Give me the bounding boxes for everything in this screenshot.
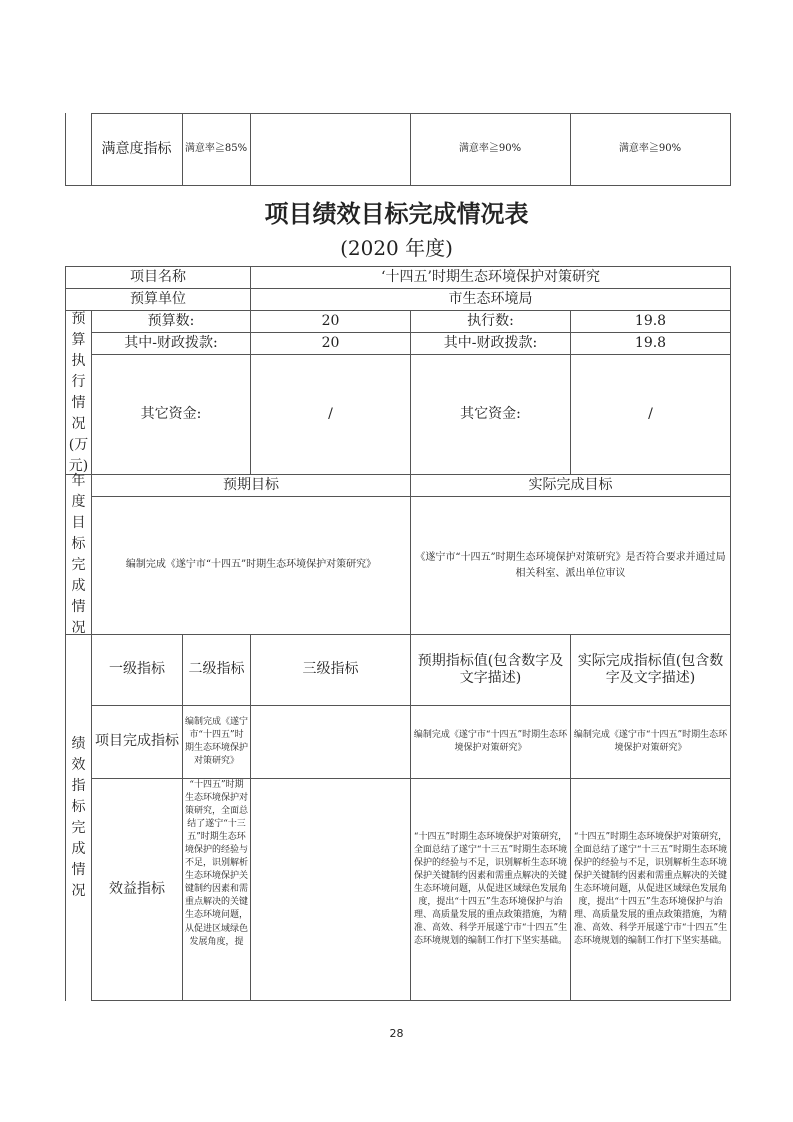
label-char: 成 xyxy=(72,839,86,860)
executed-fiscal-label: 其中-财政拨款: xyxy=(411,333,570,354)
label-char: 标 xyxy=(72,797,86,818)
fiscal-allocation-label: 其中-财政拨款: xyxy=(92,333,250,354)
expected-goal-header: 预期目标 xyxy=(92,475,410,496)
budget-unit-label: 预算单位 xyxy=(66,289,250,310)
executed-amount-label: 执行数: xyxy=(411,311,570,332)
level1-header: 一级指标 xyxy=(92,635,182,705)
level3-header: 三级指标 xyxy=(251,635,410,705)
other-funds-label: 其它资金: xyxy=(92,355,250,474)
expected-goal-value: 编制完成《遂宁市“十四五”时期生态环境保护对策研究》 xyxy=(92,497,410,634)
satisfaction-level3 xyxy=(250,114,410,185)
project-completion-actual: 编制完成《遂宁市“十四五”时期生态环境保护对策研究》 xyxy=(571,706,730,778)
label-char: 绩 xyxy=(72,734,86,755)
page-subtitle: (2020 年度) xyxy=(0,232,793,261)
budget-amount-label: 预算数: xyxy=(92,311,250,332)
project-completion-expected: 编制完成《遂宁市“十四五”时期生态环境保护对策研究》 xyxy=(411,706,570,778)
table-border xyxy=(730,266,731,1001)
label-char: 况 xyxy=(72,881,86,902)
satisfaction-actual: 满意率≧90% xyxy=(570,114,730,185)
expected-value-header: 预期指标值(包含数字及文字描述) xyxy=(411,635,570,705)
executed-other-value: / xyxy=(571,355,730,474)
satisfaction-indicator-label: 满意度指标 xyxy=(91,114,182,185)
label-char: 完 xyxy=(72,555,86,576)
satisfaction-level2: 满意率≧85% xyxy=(182,114,250,185)
label-char: 目 xyxy=(72,513,86,534)
budget-unit-value: 市生态环境局 xyxy=(251,289,730,310)
label-char: 行 xyxy=(72,372,86,393)
label-char: (万 xyxy=(69,435,88,456)
label-char: 情 xyxy=(72,860,86,881)
table-border xyxy=(730,113,731,186)
label-char: 标 xyxy=(72,534,86,555)
label-char: 预 xyxy=(72,309,86,330)
level2-header: 二级指标 xyxy=(183,635,250,705)
label-char: 情 xyxy=(72,597,86,618)
project-name-value: ‘十四五’时期生态环境保护对策研究 xyxy=(251,267,730,288)
budget-amount-value: 20 xyxy=(251,311,410,332)
budget-section-label: 预 算 执 行 情 况 (万 元) xyxy=(66,311,91,474)
table-border xyxy=(65,185,731,186)
other-funds-value: / xyxy=(251,355,410,474)
table-border xyxy=(65,113,66,186)
benefit-level2: “十四五”时期生态环境保护对策研究，全面总结了遂宁“十三五”时期生态环境保护的经… xyxy=(183,779,250,1000)
project-completion-level2: 编制完成《遂宁市“十四五”时期生态环境保护对策研究》 xyxy=(183,706,250,778)
page-number: 28 xyxy=(0,1027,793,1040)
label-char: 况 xyxy=(72,414,86,435)
actual-goal-value: 《遂宁市“十四五”时期生态环境保护对策研究》是否符合要求并通过局相关科室、派出单… xyxy=(411,497,730,634)
executed-fiscal-value: 19.8 xyxy=(571,333,730,354)
label-char: 算 xyxy=(72,330,86,351)
label-char: 执 xyxy=(72,351,86,372)
label-char: 年 xyxy=(72,471,86,492)
project-completion-indicator: 项目完成指标 xyxy=(92,706,182,778)
perf-section-label: 绩 效 指 标 完 成 情 况 xyxy=(66,635,91,1000)
annual-section-label: 年 度 目 标 完 成 情 况 xyxy=(66,475,91,634)
executed-amount-value: 19.8 xyxy=(571,311,730,332)
project-name-label: 项目名称 xyxy=(66,267,250,288)
page-title: 项目绩效目标完成情况表 xyxy=(0,194,793,229)
label-char: 成 xyxy=(72,576,86,597)
table-border xyxy=(91,1000,731,1001)
fiscal-allocation-value: 20 xyxy=(251,333,410,354)
executed-other-label: 其它资金: xyxy=(411,355,570,474)
benefit-level3 xyxy=(251,779,410,1000)
benefit-actual: “十四五”时期生态环境保护对策研究，全面总结了遂宁“十三五”时期生态环境保护的经… xyxy=(571,779,730,1000)
label-char: 完 xyxy=(72,818,86,839)
benefit-expected: “十四五”时期生态环境保护对策研究，全面总结了遂宁“十三五”时期生态环境保护的经… xyxy=(411,779,570,1000)
label-char: 指 xyxy=(72,776,86,797)
label-char: 度 xyxy=(72,492,86,513)
project-completion-level3 xyxy=(251,706,410,778)
satisfaction-expected: 满意率≧90% xyxy=(410,114,570,185)
benefit-indicator: 效益指标 xyxy=(92,779,182,1000)
actual-goal-header: 实际完成目标 xyxy=(411,475,730,496)
label-char: 效 xyxy=(72,755,86,776)
label-char: 情 xyxy=(72,393,86,414)
actual-value-header: 实际完成指标值(包含数字及文字描述) xyxy=(571,635,730,705)
